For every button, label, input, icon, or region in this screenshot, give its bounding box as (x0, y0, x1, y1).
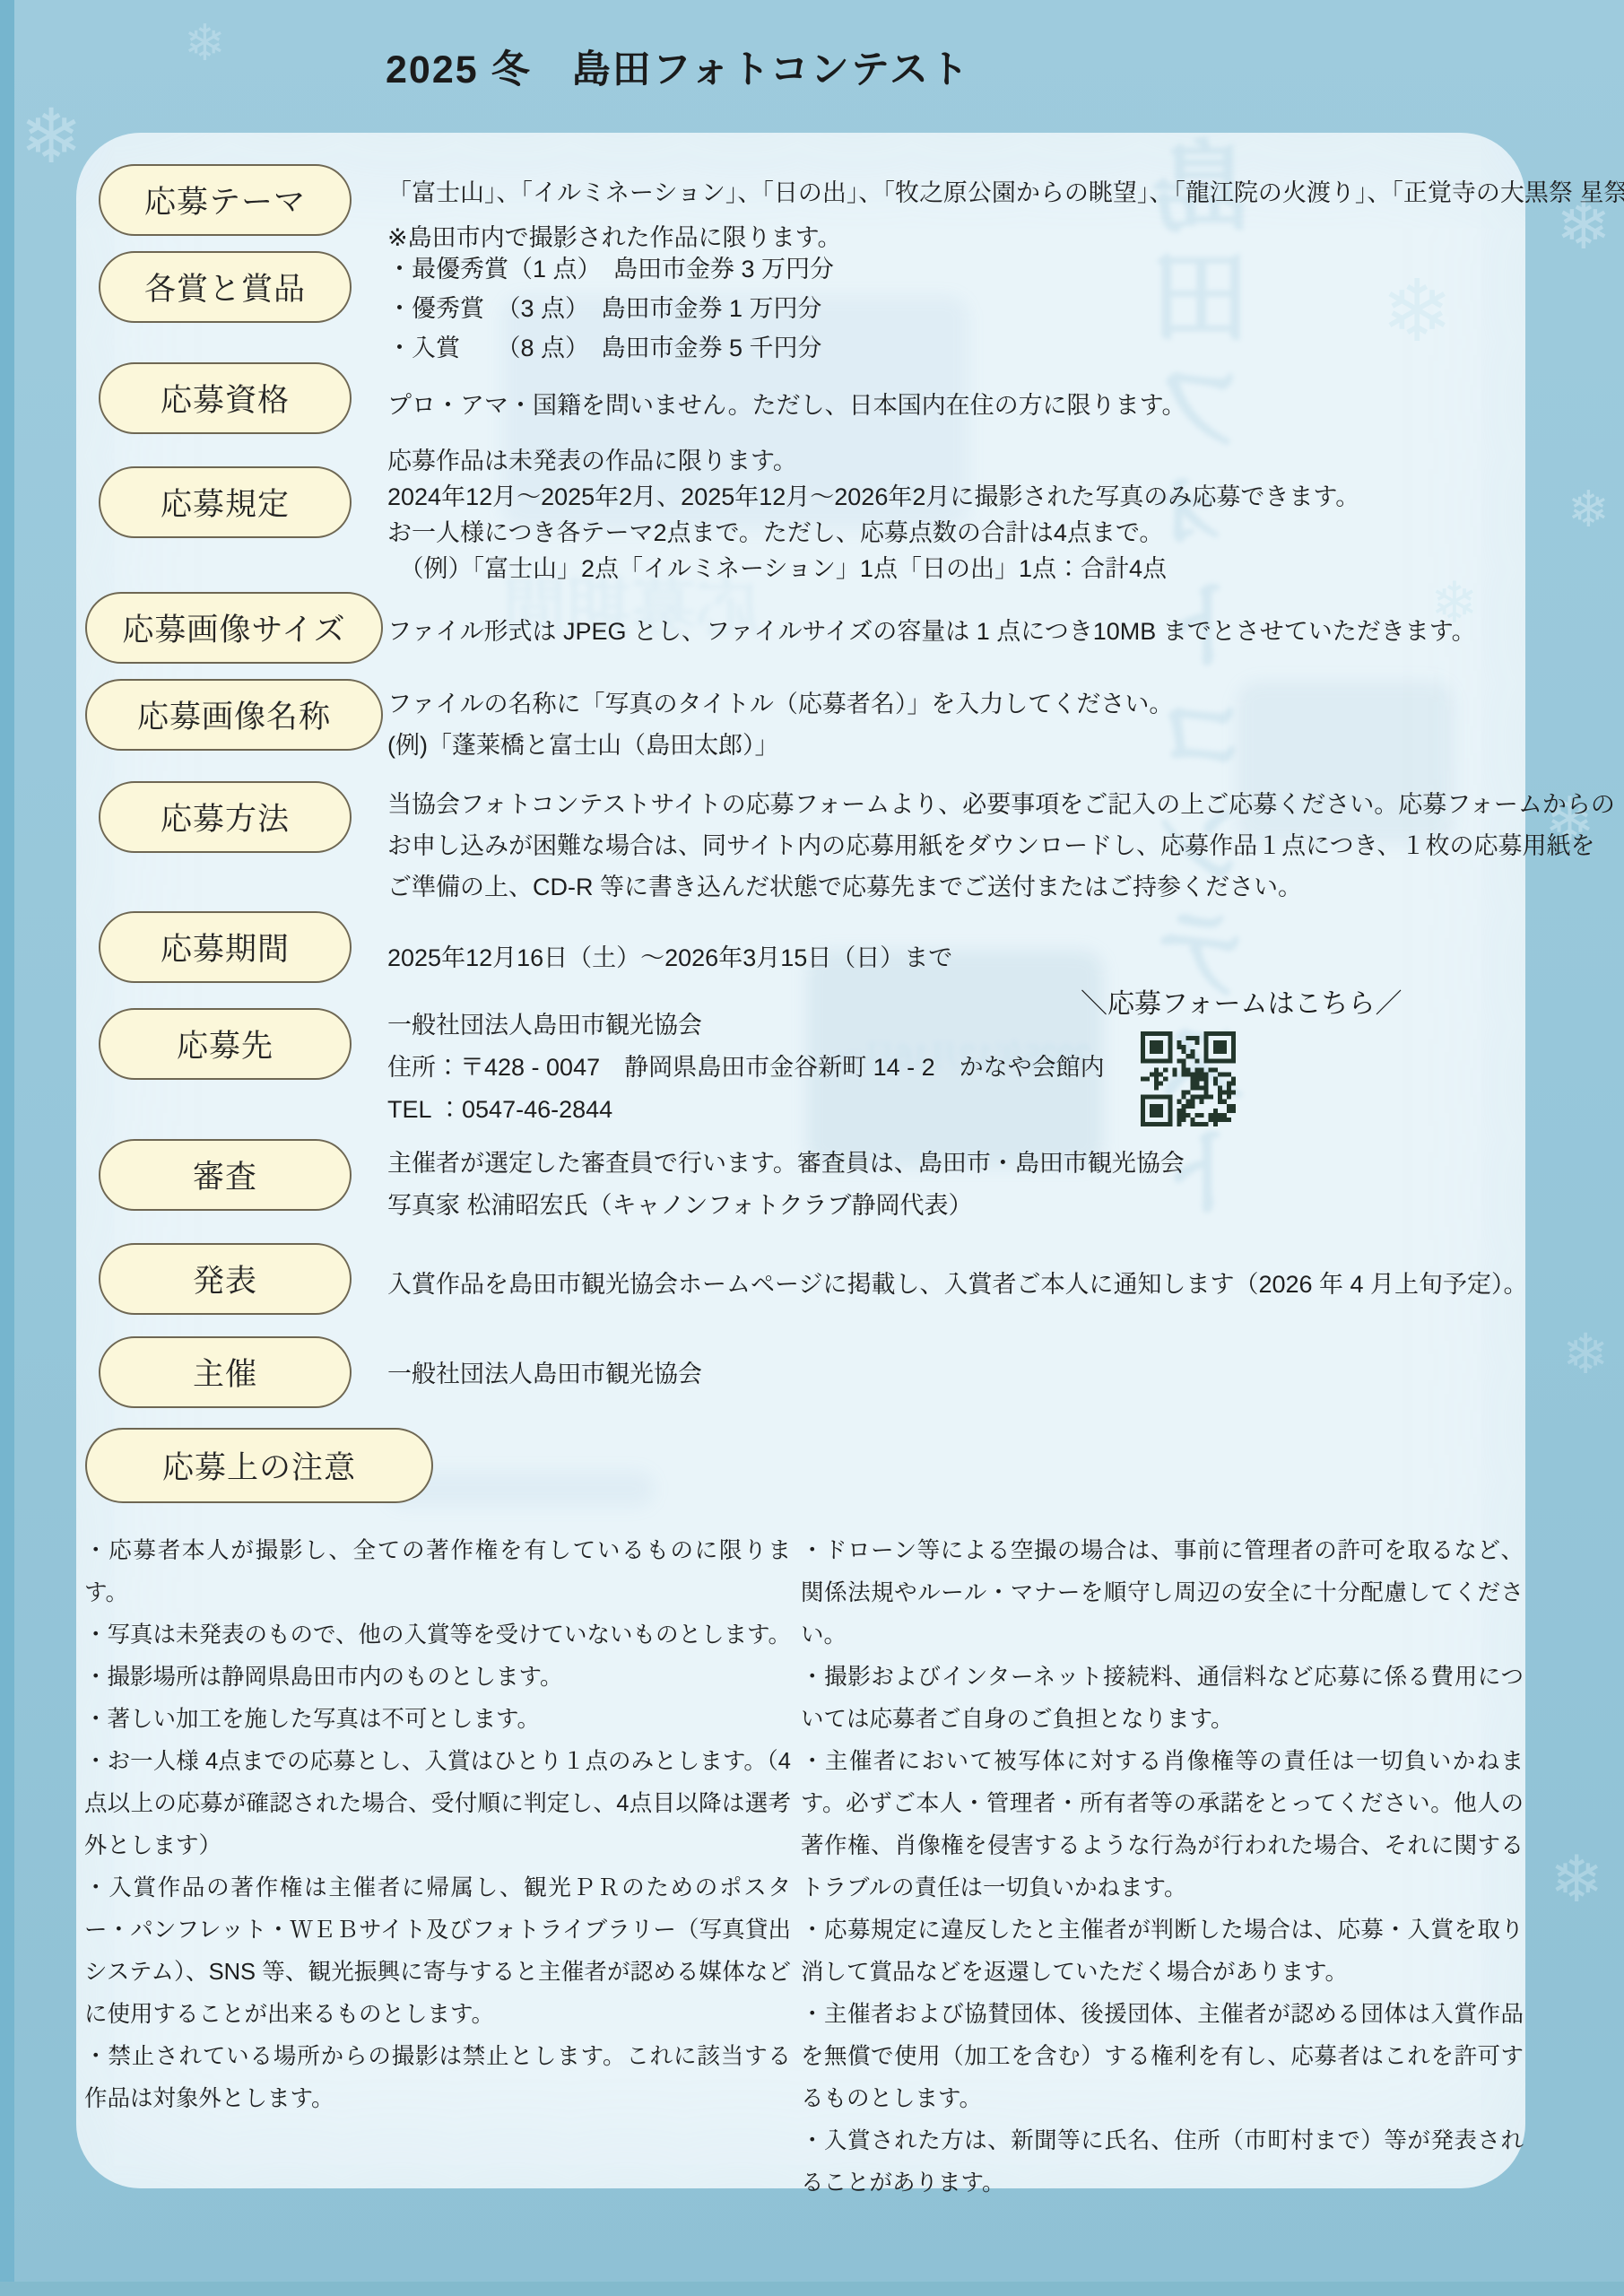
page-title: 2025 冬 島田フォトコンテスト (386, 39, 970, 94)
section-label-text: 応募テーマ (144, 178, 306, 222)
qr-code (1141, 1030, 1236, 1128)
section-text-prizes: ・最優秀賞（1 点） 島田市金券 3 万円分 ・優秀賞 （3 点） 島田市金券 … (387, 249, 834, 368)
section-line: お一人様につき各テーマ2点まで。ただし、応募点数の合計は4点まで。 (387, 515, 1359, 551)
section-line: 2025年12月16日（土）～2026年3月15日（日）まで (387, 936, 952, 979)
section-label-text: 応募画像名称 (137, 692, 331, 737)
section-text-announcement: 入賞作品を島田市観光協会ホームページに掲載し、入賞者ご本人に通知します（2026… (387, 1263, 1528, 1306)
snowflake-icon: ❄ (1550, 1848, 1603, 1912)
note-item: ・主催者および協賛団体、後援団体、主催者が認める団体は入賞作品を無償で使用（加工… (801, 1994, 1524, 2120)
qr-caption: ＼応募フォームはこちら／ (1081, 981, 1403, 1021)
section-line: 当協会フォトコンテストサイトの応募フォームより、必要事項をご記入の上ご応募くださ… (387, 784, 1615, 825)
section-label-text: 応募上の注意 (162, 1443, 356, 1488)
section-label-period: 応募期間 (99, 911, 352, 983)
snowflake-icon: ❄ (1568, 484, 1610, 535)
section-label-rules: 応募規定 (99, 466, 352, 538)
section-line: 主催者が選定した審査員で行います。審査員は、島田市・島田市観光協会 (387, 1143, 1185, 1185)
section-label-eligibility: 応募資格 (99, 362, 352, 434)
section-label-text: 各賞と賞品 (144, 265, 306, 309)
section-text-theme: 「富士山」、「イルミネーション」、「日の出」、「牧之原公園からの眺望」、「龍江院… (387, 170, 1624, 260)
scan-edge-left (0, 0, 14, 2296)
note-item: ・禁止されている場所からの撮影は禁止とします。これに該当する作品は対象外とします… (84, 2036, 791, 2120)
section-label-notes: 応募上の注意 (85, 1428, 433, 1503)
note-item: ・撮影およびインターネット接続料、通信料など応募に係る費用については応募者ご自身… (801, 1657, 1524, 1741)
section-text-rules: 応募作品は未発表の作品に限ります。 2024年12月～2025年2月、2025年… (387, 443, 1359, 587)
snowflake-icon: ❄ (1381, 269, 1453, 355)
note-item: ・主催者において被写体に対する肖像権等の責任は一切負いかねます。必ずご本人・管理… (801, 1741, 1524, 1909)
note-item: ・写真は未発表のもので、他の入賞等を受けていないものとします。 (84, 1614, 791, 1657)
section-line: 応募作品は未発表の作品に限ります。 (387, 443, 1359, 479)
section-label-text: 応募期間 (161, 925, 290, 970)
section-text-judging: 主催者が選定した審査員で行います。審査員は、島田市・島田市観光協会 写真家 松浦… (387, 1143, 1185, 1227)
note-item: ・応募者本人が撮影し、全ての著作権を有しているものに限ります。 (84, 1530, 791, 1614)
section-label-prizes: 各賞と賞品 (99, 251, 352, 323)
section-text-image-name: ファイルの名称に「写真のタイトル（応募者名）」を入力してください。 (例)「蓬莱… (387, 683, 1173, 766)
section-label-announcement: 発表 (99, 1243, 352, 1315)
note-item: ・撮影場所は静岡県島田市内のものとします。 (84, 1657, 791, 1699)
section-line: (例)「蓬莱橋と富士山（島田太郎）」 (387, 725, 1173, 766)
qr-code-image (1141, 1030, 1236, 1128)
section-line: 「富士山」、「イルミネーション」、「日の出」、「牧之原公園からの眺望」、「龍江院… (387, 170, 1624, 215)
section-label-text: 応募規定 (161, 480, 290, 525)
section-line: （例）「富士山」2点「イルミネーション」1点「日の出」1点：合計4点 (387, 551, 1359, 587)
section-label-text: 発表 (193, 1257, 257, 1301)
note-item: ・入賞作品の著作権は主催者に帰属し、観光ＰＲのためのポスター・パンフレット・ＷＥ… (84, 1867, 791, 2036)
note-item: ・著しい加工を施した写真は不可とします。 (84, 1699, 791, 1741)
section-line: TEL ：0547-46-2844 (387, 1089, 1105, 1131)
section-line: 入賞作品を島田市観光協会ホームページに掲載し、入賞者ご本人に通知します（2026… (387, 1263, 1528, 1306)
section-label-how-to-apply: 応募方法 (99, 781, 352, 853)
section-label-text: 主催 (193, 1350, 257, 1395)
notes-column-right: ・ドローン等による空撮の場合は、事前に管理者の許可を取るなど、関係法規やルール・… (801, 1530, 1524, 2205)
note-item: ・ドローン等による空撮の場合は、事前に管理者の許可を取るなど、関係法規やルール・… (801, 1530, 1524, 1657)
note-item: ・入賞された方は、新聞等に氏名、住所（市町村まで）等が発表されることがあります。 (801, 2120, 1524, 2205)
section-label-theme: 応募テーマ (99, 164, 352, 236)
section-line: 2024年12月～2025年2月、2025年12月～2026年2月に撮影された写… (387, 479, 1359, 515)
snowflake-icon: ❄ (184, 18, 226, 68)
section-label-text: 応募先 (177, 1022, 274, 1066)
section-label-organizer: 主催 (99, 1336, 352, 1408)
section-line: 写真家 松浦昭宏氏（キャノンフォトクラブ静岡代表） (387, 1185, 1185, 1227)
section-line: ・最優秀賞（1 点） 島田市金券 3 万円分 (387, 249, 834, 289)
section-text-how-to-apply: 当協会フォトコンテストサイトの応募フォームより、必要事項をご記入の上ご応募くださ… (387, 784, 1615, 908)
section-line: 一般社団法人島田市観光協会 (387, 1352, 702, 1396)
section-line: ご準備の上、CD-R 等に書き込んだ状態で応募先までご送付またはご持参ください。 (387, 866, 1615, 908)
section-text-eligibility: プロ・アマ・国籍を問いません。ただし、日本国内在住の方に限ります。 (387, 384, 1185, 427)
scan-edge-bottom (0, 2282, 1624, 2296)
section-line: ファイル形式は JPEG とし、ファイルサイズの容量は 1 点につき10MB ま… (387, 610, 1476, 653)
section-label-text: 応募画像サイズ (122, 605, 345, 650)
note-item: ・応募規定に違反したと主催者が判断した場合は、応募・入賞を取り消して賞品などを返… (801, 1909, 1524, 1994)
snowflake-icon: ❄ (1562, 1327, 1609, 1383)
section-line: ファイルの名称に「写真のタイトル（応募者名）」を入力してください。 (387, 683, 1173, 725)
note-item: ・お一人様 4点までの応募とし、入賞はひとり１点のみとします。（4点以上の応募が… (84, 1741, 791, 1867)
section-line: プロ・アマ・国籍を問いません。ただし、日本国内在住の方に限ります。 (387, 384, 1185, 427)
section-line: 住所：〒428 - 0047 静岡県島田市金谷新町 14 - 2 かなや会館内 (387, 1047, 1105, 1089)
section-line: お申し込みが困難な場合は、同サイト内の応募用紙をダウンロードし、応募作品１点につ… (387, 825, 1615, 866)
section-label-text: 応募方法 (161, 795, 290, 839)
section-line: ・優秀賞 （3 点） 島田市金券 1 万円分 (387, 289, 834, 328)
section-line: 一般社団法人島田市観光協会 (387, 1004, 1105, 1047)
section-label-judging: 審査 (99, 1139, 352, 1211)
section-line: ・入賞 （8 点） 島田市金券 5 千円分 (387, 328, 834, 368)
section-text-address: 一般社団法人島田市観光協会 住所：〒428 - 0047 静岡県島田市金谷新町 … (387, 1004, 1105, 1131)
section-label-text: 審査 (193, 1152, 257, 1197)
flyer-page: 島田フォトコンテスト 応募期間 2025年12月16日～ 2025 冬 島田フォ… (0, 0, 1624, 2296)
section-label-image-name: 応募画像名称 (85, 679, 383, 751)
section-text-period: 2025年12月16日（土）～2026年3月15日（日）まで (387, 936, 952, 979)
section-label-image-size: 応募画像サイズ (85, 592, 383, 664)
snowflake-icon: ❄ (20, 99, 83, 174)
section-label-address: 応募先 (99, 1008, 352, 1080)
section-label-text: 応募資格 (161, 376, 290, 421)
section-text-image-size: ファイル形式は JPEG とし、ファイルサイズの容量は 1 点につき10MB ま… (387, 610, 1476, 653)
notes-column-left: ・応募者本人が撮影し、全ての著作権を有しているものに限ります。 ・写真は未発表の… (84, 1530, 791, 2120)
section-text-organizer: 一般社団法人島田市観光協会 (387, 1352, 702, 1396)
